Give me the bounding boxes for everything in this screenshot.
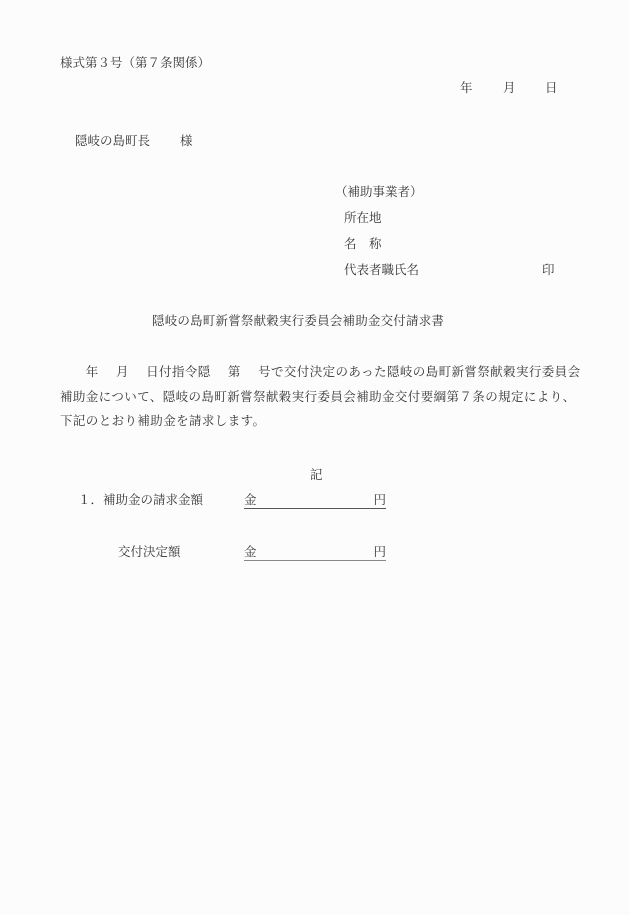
applicant-address-label: 所在地: [344, 210, 382, 226]
addressee: 隠岐の島町長様: [75, 133, 193, 149]
decision-amount-label: 交付決定額: [118, 544, 181, 560]
date-day-label: 日: [545, 80, 558, 96]
note-heading: 記: [310, 467, 323, 483]
applicant-name-label: 名 称: [344, 236, 382, 252]
date-year-label: 年: [460, 80, 473, 96]
claim-amount-field[interactable]: 金 円: [244, 492, 386, 509]
body-paragraph: 年 月 日付指令隠 第 号で交付決定のあった隠岐の島町新嘗祭献穀実行委員会補助金…: [60, 360, 582, 434]
decision-amount-suffix: 円: [373, 544, 386, 560]
claim-amount-prefix: 金: [244, 492, 257, 508]
claim-amount-label: １．補助金の請求金額: [78, 492, 203, 508]
applicant-representative-label: 代表者職氏名: [344, 262, 419, 278]
decision-amount-field[interactable]: 金 円: [244, 544, 386, 561]
decision-amount-prefix: 金: [244, 544, 257, 560]
date-month-label: 月: [503, 80, 516, 96]
addressee-honorific: 様: [180, 133, 193, 148]
claim-amount-suffix: 円: [373, 492, 386, 508]
seal-label: 印: [542, 262, 555, 278]
form-number: 様式第３号（第７条関係）: [60, 55, 210, 71]
addressee-name: 隠岐の島町長: [75, 133, 150, 148]
applicant-heading: （補助事業者）: [335, 184, 423, 200]
document-title: 隠岐の島町新嘗祭献穀実行委員会補助金交付請求書: [152, 313, 444, 329]
